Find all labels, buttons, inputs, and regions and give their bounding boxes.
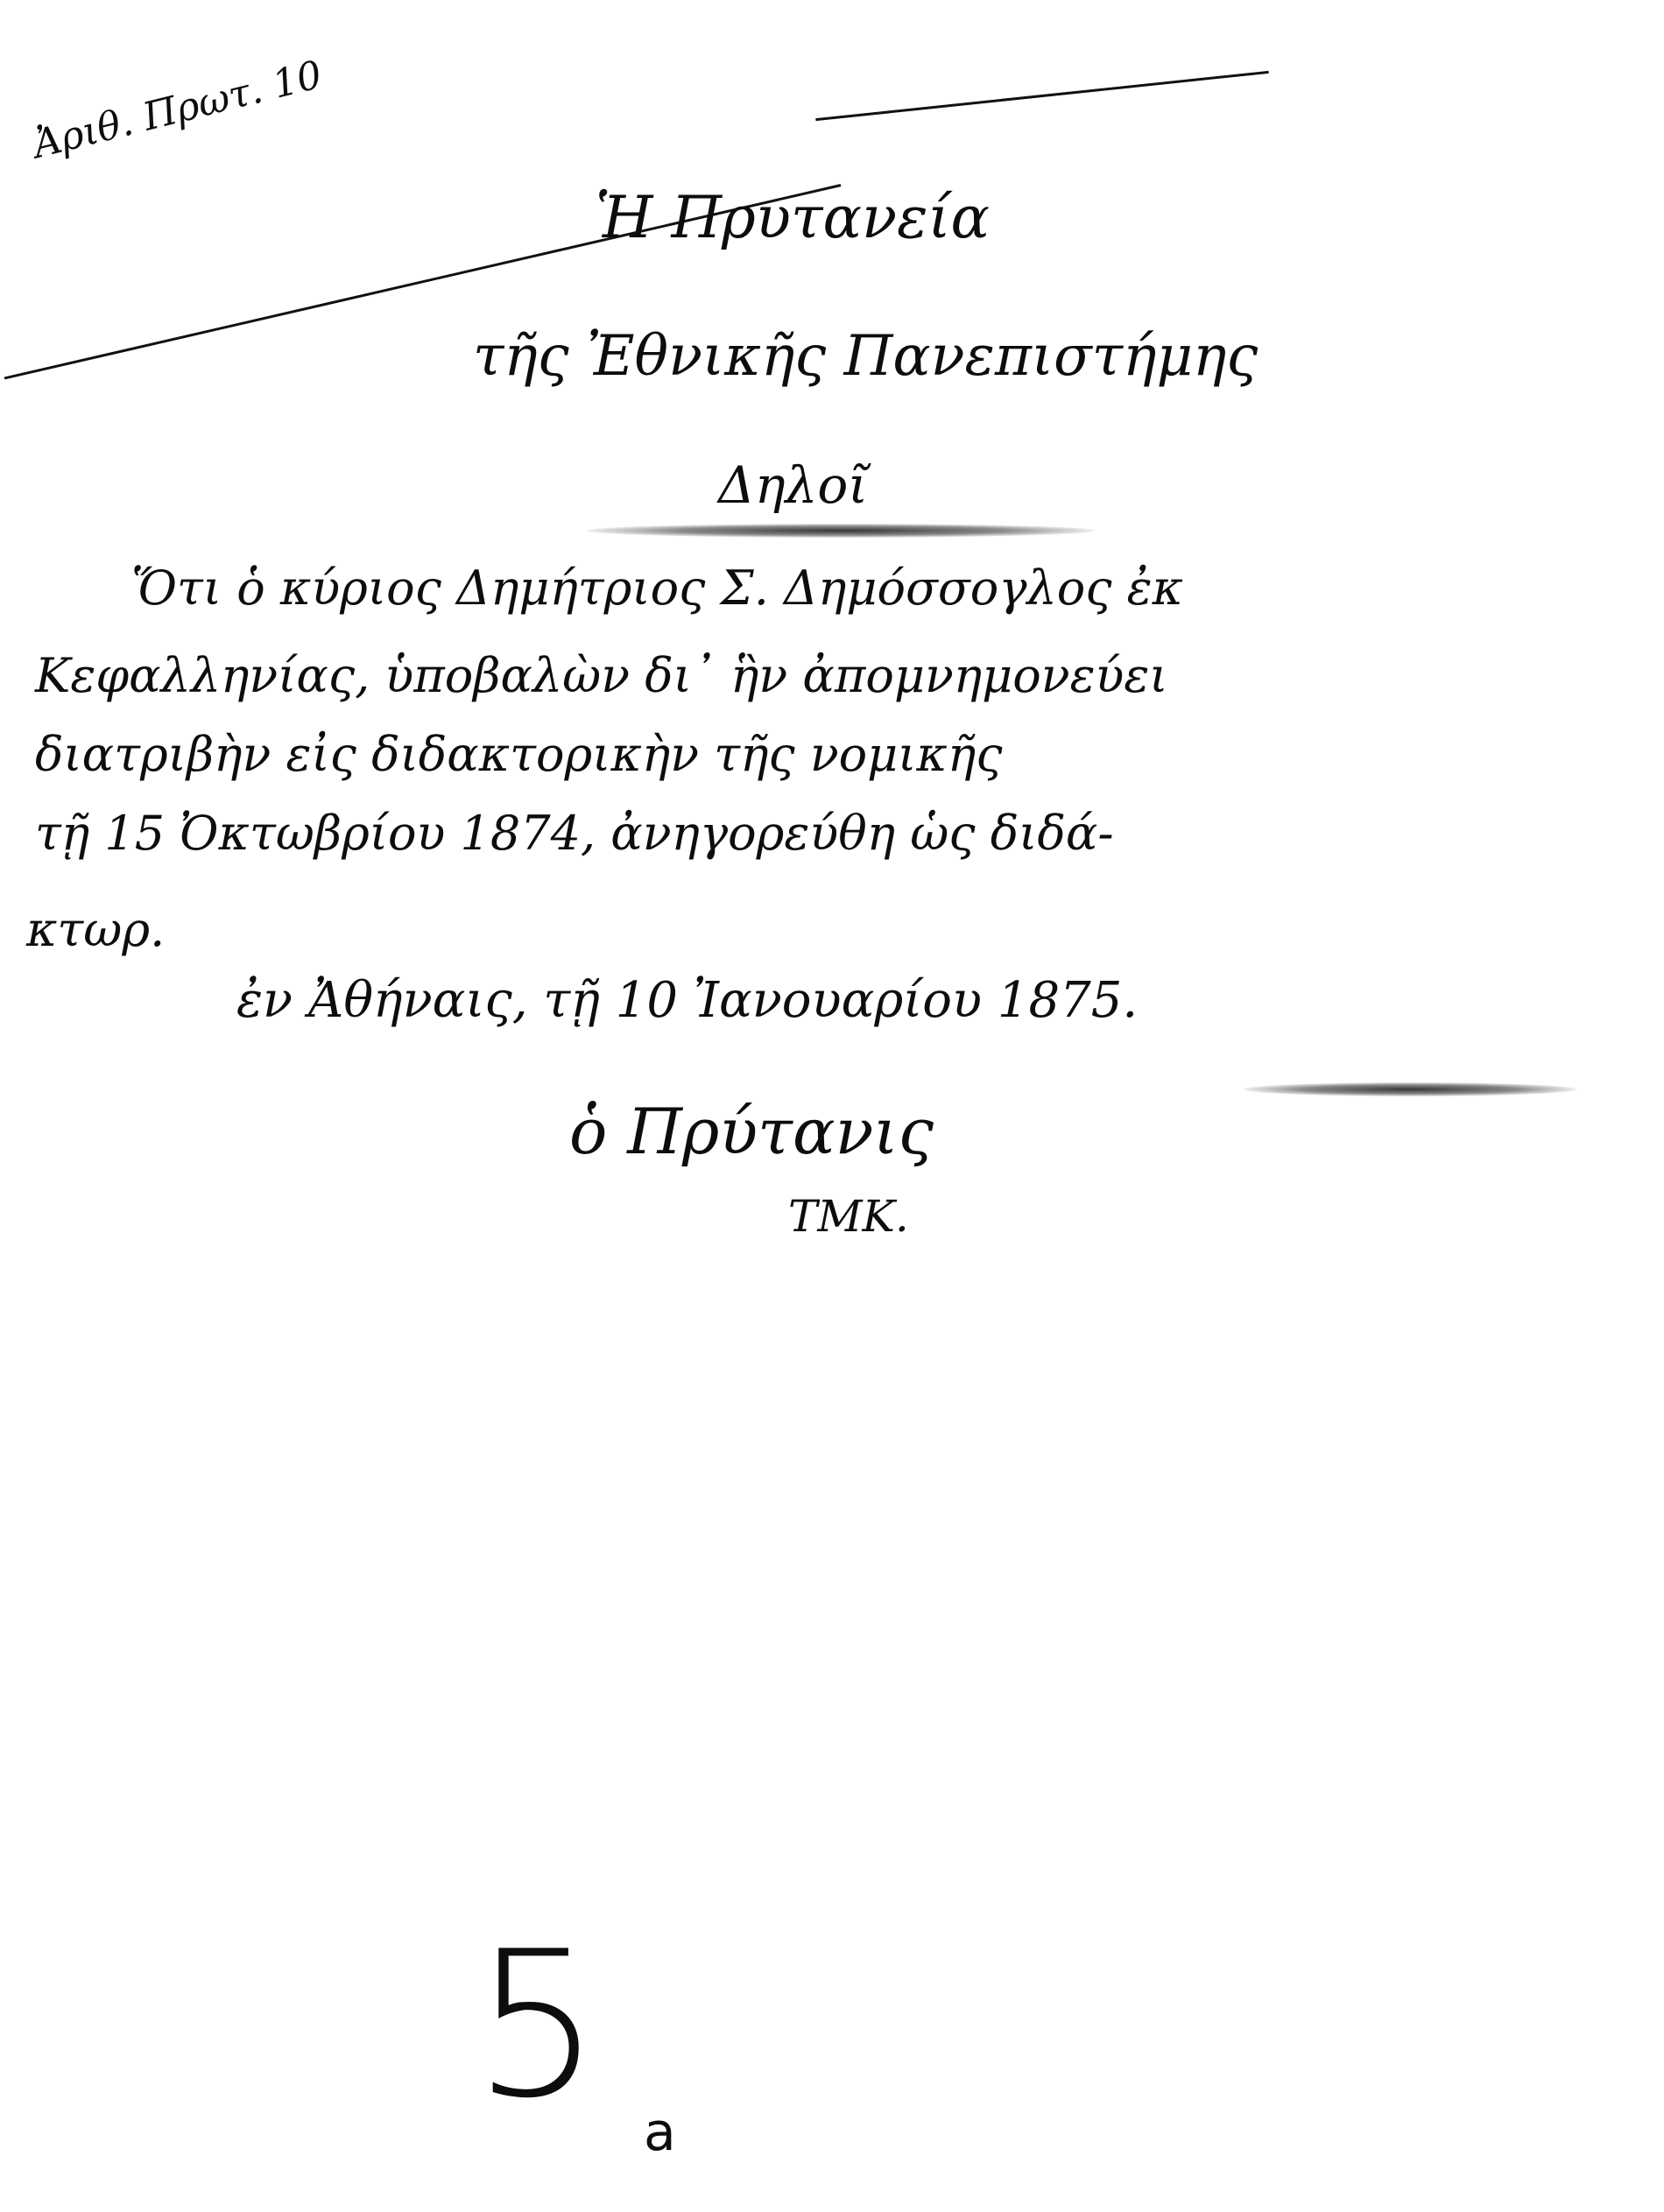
body-line-1: Ὅτι ὁ κύριος Δημήτριος Σ. Δημόσσογλος ἐκ [131, 560, 1183, 616]
body-line-4: τῇ 15 Ὀκτωβρίου 1874, ἀνηγορεύθη ὡς διδά… [35, 806, 1114, 861]
folio-suffix: a [644, 2102, 676, 2163]
heading-declares: Δηλοῖ [718, 455, 868, 515]
title-line-1: Ἡ Πρυτανεία [596, 184, 990, 251]
dateline: ἐν Ἀθήναις, τῇ 10 Ἰανουαρίου 1875. [236, 972, 1138, 1029]
body-line-5: κτωρ. [26, 902, 165, 957]
header-rule-right [815, 71, 1268, 121]
folio-number: 5 [473, 1909, 601, 2143]
title-line-2: τῆς Ἐθνικῆς Πανεπιστήμης [473, 324, 1258, 389]
body-line-3: διατριβὴν εἰς διδακτορικὴν τῆς νομικῆς [35, 727, 1002, 782]
signature-initials: ΤΜΚ. [788, 1191, 909, 1242]
underline-smudge [587, 524, 1095, 538]
signature-title: ὁ Πρύτανις [569, 1095, 934, 1168]
date-underline-smudge [1244, 1082, 1576, 1096]
reference-note: Ἀριθ. Πρωτ. 10 [29, 53, 327, 167]
body-line-2: Κεφαλληνίας, ὑποβαλὼν δι᾽ ἣν ἀπομνημονεύ… [35, 648, 1168, 703]
